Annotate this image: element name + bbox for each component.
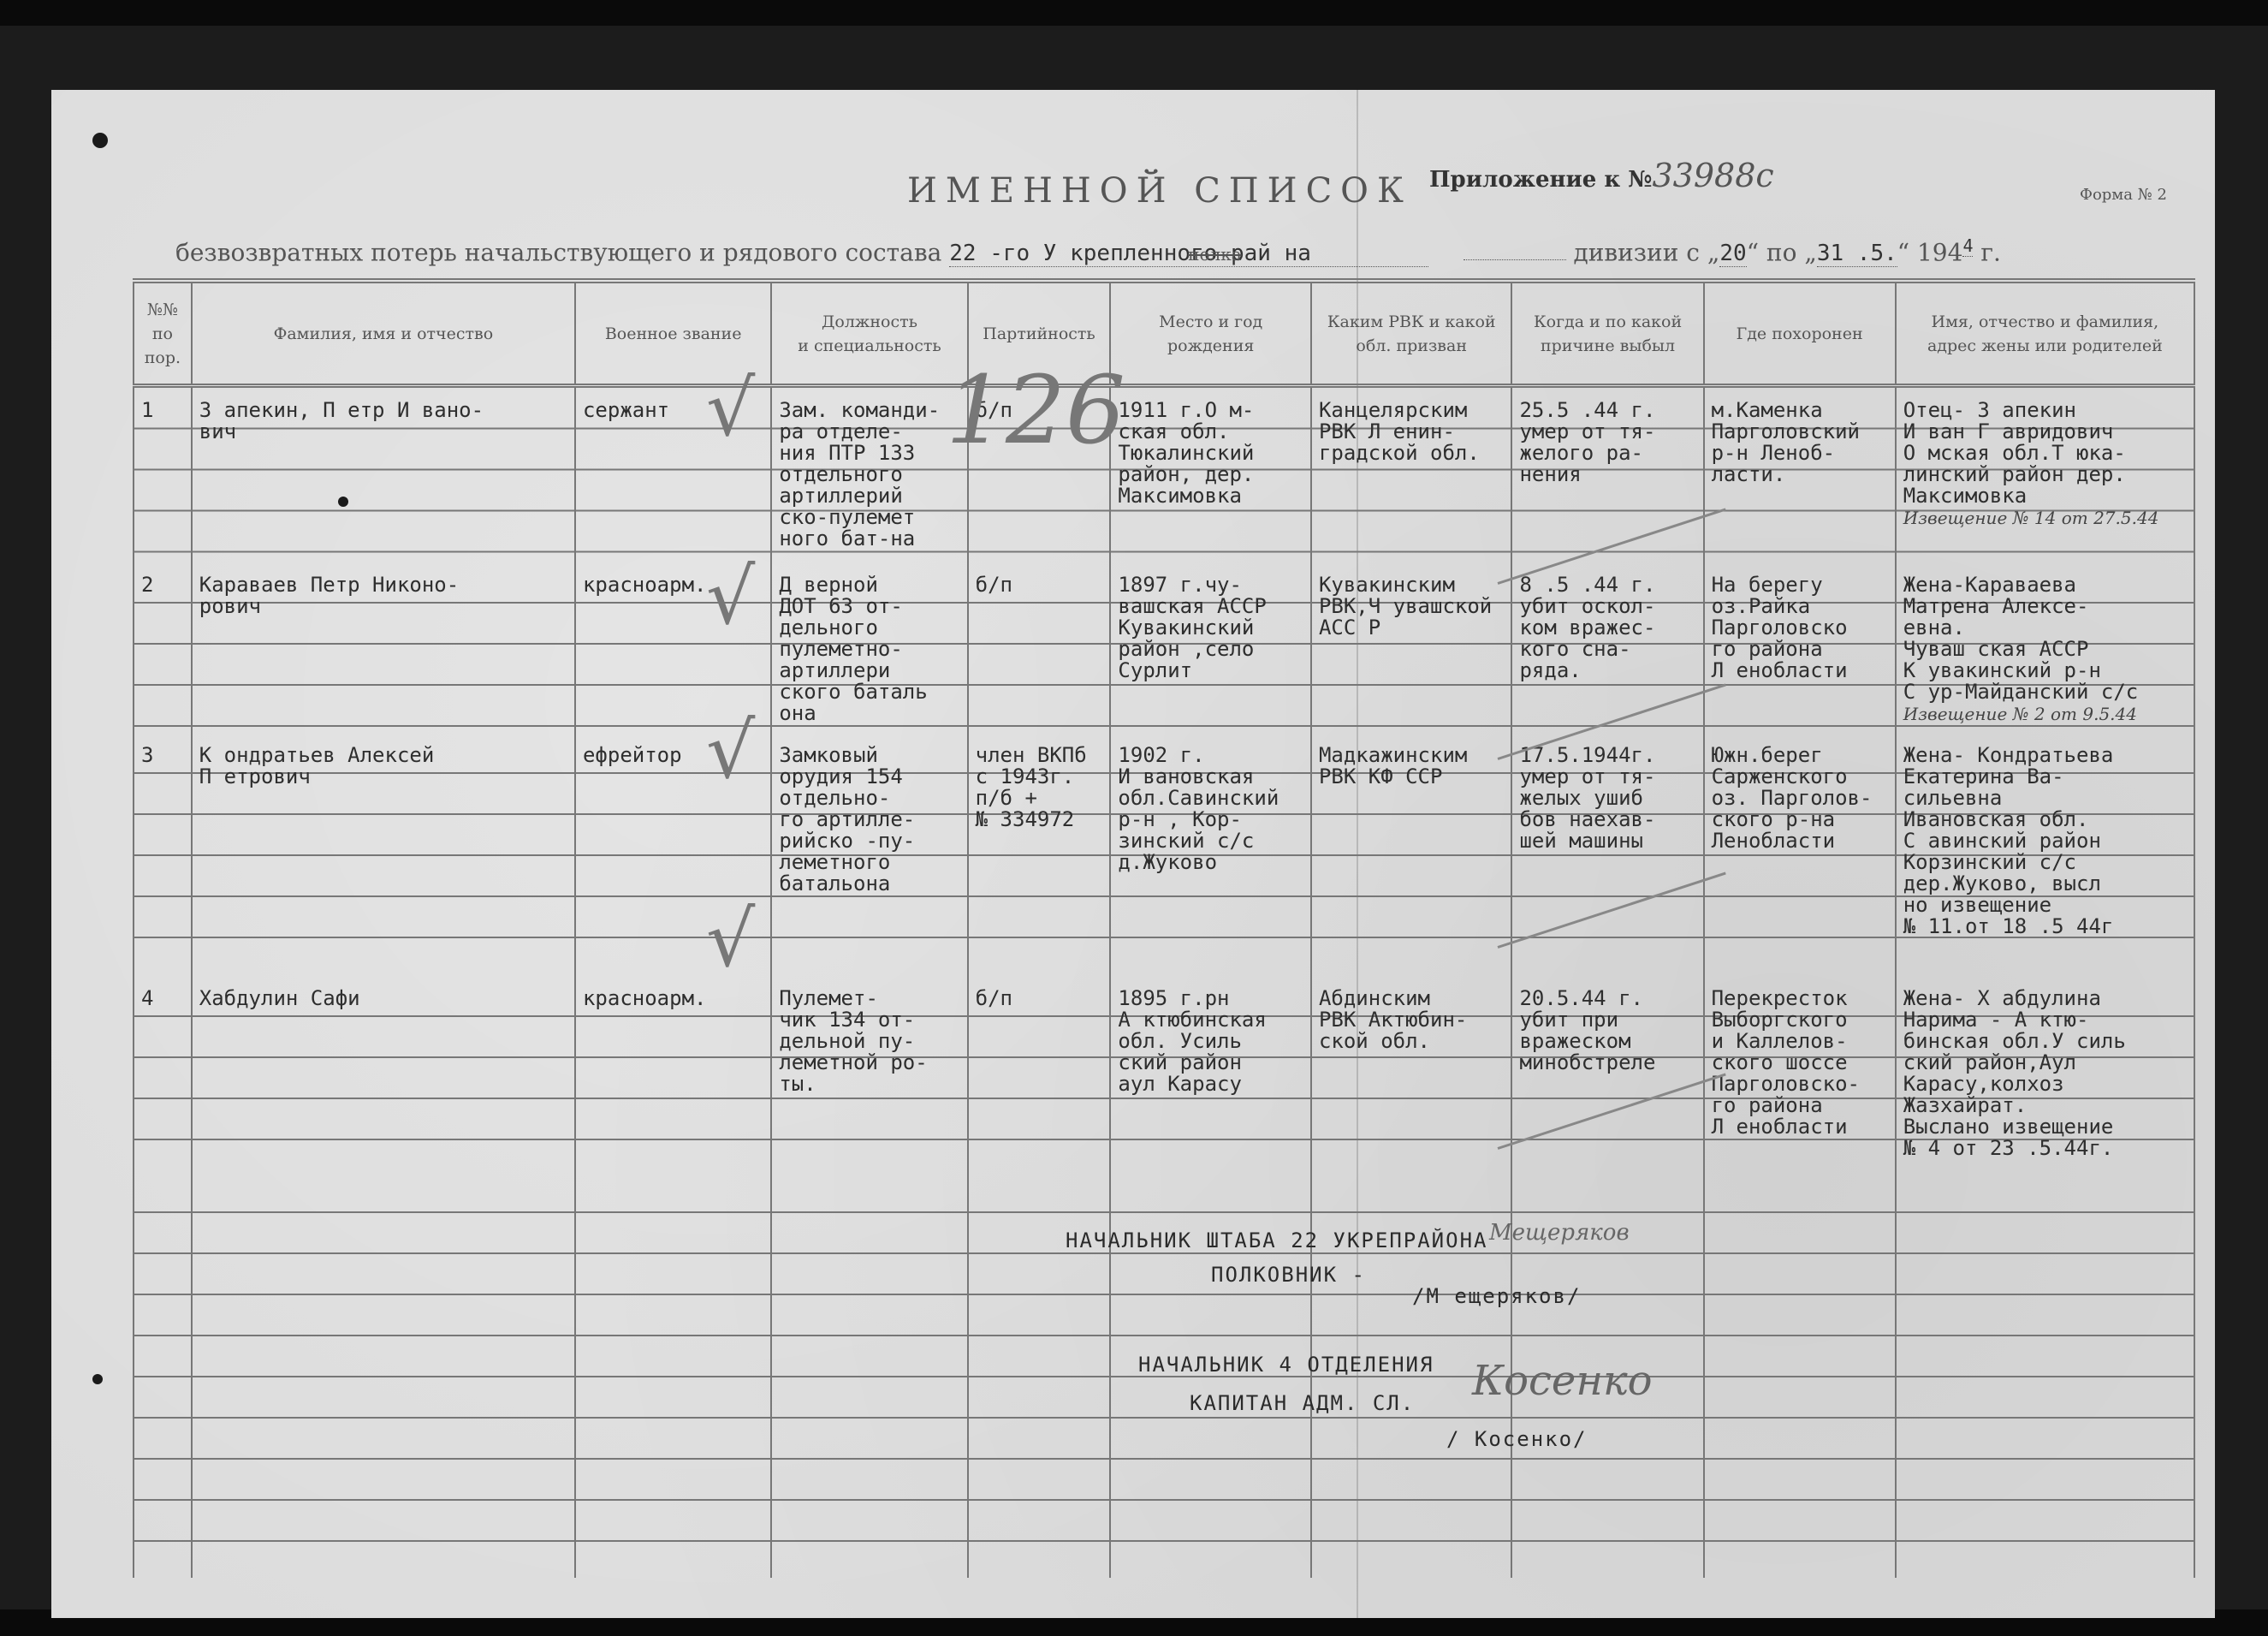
table-row: 3 К ондратьев Алексей П етрович ефрейтор… <box>134 733 2194 976</box>
cell-name: Караваев Петр Никоно- рович <box>192 562 575 733</box>
annex-number: 33988с <box>1652 157 1773 194</box>
checkmark-icon: √ <box>706 364 755 454</box>
page-title: ИМЕННОЙ СПИСОК <box>907 171 1412 211</box>
form-number: Форма № 2 <box>2080 186 2167 204</box>
document-page: ИМЕННОЙ СПИСОК Приложение к №33988с Форм… <box>51 90 2215 1618</box>
cell-rvk: Канцелярским РВК Л енин- градской обл. <box>1311 386 1512 563</box>
chief-title: НАЧАЛЬНИК ШТАБА 22 УКРЕПРАЙОНА <box>1066 1228 1487 1252</box>
cell-number: 3 <box>134 733 192 976</box>
cell-relatives: Жена-Караваева Матрена Алексе- евна. Чув… <box>1896 562 2194 733</box>
casualty-table: №№ по пор. Фамилия, имя и отчество Военн… <box>133 278 2195 1578</box>
cell-when-why: 17.5.1944г. умер от тя- желых ушиб бов н… <box>1511 733 1703 976</box>
margin-number-mark: 126 <box>946 355 1125 465</box>
checkmark-icon: √ <box>706 706 755 796</box>
cell-buried: м.Каменка Парголовский р-н Леноб- ласти. <box>1704 386 1896 563</box>
header-relatives: Имя, отчество и фамилия, адрес жены или … <box>1896 281 2194 386</box>
chief-signature: Мещеряков <box>1489 1220 1630 1246</box>
handwritten-note: Извещение № 2 от 9.5.44 <box>1903 704 2137 724</box>
cell-rvk: Мадкажинским РВК КФ ССР <box>1311 733 1512 976</box>
dept-rank: КАПИТАН АДМ. СЛ. <box>1190 1391 1415 1415</box>
punch-hole <box>92 133 108 148</box>
header-rvk: Каким РВК и какой обл. призван <box>1311 281 1512 386</box>
cell-position: Д верной ДОТ 63 от- дельного пулеметно- … <box>771 562 967 733</box>
cell-name: З апекин, П етр И вано- вич <box>192 386 575 563</box>
header-name: Фамилия, имя и отчество <box>192 281 575 386</box>
cell-birth: 1897 г.чу- вашская АССР Кувакинский райо… <box>1110 562 1311 733</box>
cell-relatives: Жена- Кондратьева Екатерина Ва- сильевна… <box>1896 733 2194 976</box>
header-when-why: Когда и по какой причине выбыл <box>1511 281 1703 386</box>
cell-position: Замковый орудия 154 отдельно- го артилле… <box>771 733 967 976</box>
cell-party: б/п <box>968 976 1111 1172</box>
dept-signature: Косенко <box>1472 1357 1653 1405</box>
cell-position: Пулемет- чик 134 от- дельной пу- леметно… <box>771 976 967 1172</box>
cell-rvk: Кувакинским РВК,Ч увашской АСС Р <box>1311 562 1512 733</box>
dept-name: / Косенко/ <box>1446 1427 1588 1451</box>
date-from: 20 <box>1719 241 1746 267</box>
cell-number: 1 <box>134 386 192 563</box>
header-birth: Место и год рождения <box>1110 281 1311 386</box>
header-buried: Где похоронен <box>1704 281 1896 386</box>
date-to: 31 .5. <box>1817 241 1897 267</box>
cell-buried: Южн.берег Сарженского оз. Парголов- ског… <box>1704 733 1896 976</box>
cell-name: Хабдулин Сафи <box>192 976 575 1172</box>
cell-birth: 1895 г.рн А ктюбинская обл. Усиль ский р… <box>1110 976 1311 1172</box>
subtitle-printed: безвозвратных потерь начальствующего и р… <box>175 238 941 266</box>
cell-when-why: 20.5.44 г. убит при вражеском минобстрел… <box>1511 976 1703 1172</box>
year-end: г. <box>1980 238 2001 266</box>
cell-relatives: Жена- Х абдулина Нарима - А ктю- бинская… <box>1896 976 2194 1172</box>
header-number: №№ по пор. <box>134 281 192 386</box>
checkmark-icon: √ <box>706 895 755 985</box>
dept-title: НАЧАЛЬНИК 4 ОТДЕЛЕНИЯ <box>1138 1353 1434 1377</box>
checkmark-icon: √ <box>706 552 755 642</box>
cell-position: Зам. команди- ра отделе- ния ПТР 133 отд… <box>771 386 967 563</box>
cell-rvk: Абдинским РВК Актюбин- ской обл. <box>1311 976 1512 1172</box>
table-header: №№ по пор. Фамилия, имя и отчество Военн… <box>134 281 2194 386</box>
date-to-label: по <box>1766 238 1797 266</box>
chief-rank: ПОЛКОВНИК - <box>1211 1263 1366 1287</box>
header-position: Должность и специальность <box>771 281 967 386</box>
cell-party: член ВКПб с 1943г. п/б + № 334972 <box>968 733 1111 976</box>
relatives-text: Отец- З апекин И ван Г авридович О мская… <box>1903 398 2126 508</box>
cell-when-why: 8 .5 .44 г. убит оскол- ком вражес- кого… <box>1511 562 1703 733</box>
year-suffix: 4 <box>1962 235 1973 257</box>
table-row: 2 Караваев Петр Никоно- рович красноарм.… <box>134 562 2194 733</box>
cell-rank: красноарм. <box>575 976 771 1172</box>
cell-number: 2 <box>134 562 192 733</box>
table-row: 4 Хабдулин Сафи красноарм. Пулемет- чик … <box>134 976 2194 1172</box>
cell-when-why: 25.5 .44 г. умер от тя- желого ра- нения <box>1511 386 1703 563</box>
division-label: дивизии с <box>1573 238 1700 266</box>
cell-relatives: Отец- З апекин И ван Г авридович О мская… <box>1896 386 2194 563</box>
cell-number: 4 <box>134 976 192 1172</box>
subtitle-line: безвозвратных потерь начальствующего и р… <box>175 235 2001 267</box>
annex-stamp: Приложение к №33988с <box>1429 157 1774 194</box>
cell-buried: На берегу оз.Райка Парголовско го района… <box>1704 562 1896 733</box>
handwritten-note: Извещение № 14 от 27.5.44 <box>1903 508 2159 528</box>
chief-name: /М ещеряков/ <box>1412 1284 1581 1308</box>
annex-label: Приложение к № <box>1429 167 1652 193</box>
punch-hole <box>92 1374 103 1384</box>
unit-struck: полка <box>1188 244 1242 265</box>
relatives-text: Жена-Караваева Матрена Алексе- евна. Чув… <box>1903 573 2139 704</box>
year-prefix: 194 <box>1917 238 1962 266</box>
table-row: 1 З апекин, П етр И вано- вич сержант За… <box>134 386 2194 563</box>
cell-buried: Перекресток Выборгского и Каллелов- ског… <box>1704 976 1896 1172</box>
cell-birth: 1911 г.О м- ская обл. Тюкалинский район,… <box>1110 386 1311 563</box>
cell-party: б/п <box>968 562 1111 733</box>
cell-name: К ондратьев Алексей П етрович <box>192 733 575 976</box>
cell-birth: 1902 г. И вановская обл.Савинский р-н , … <box>1110 733 1311 976</box>
